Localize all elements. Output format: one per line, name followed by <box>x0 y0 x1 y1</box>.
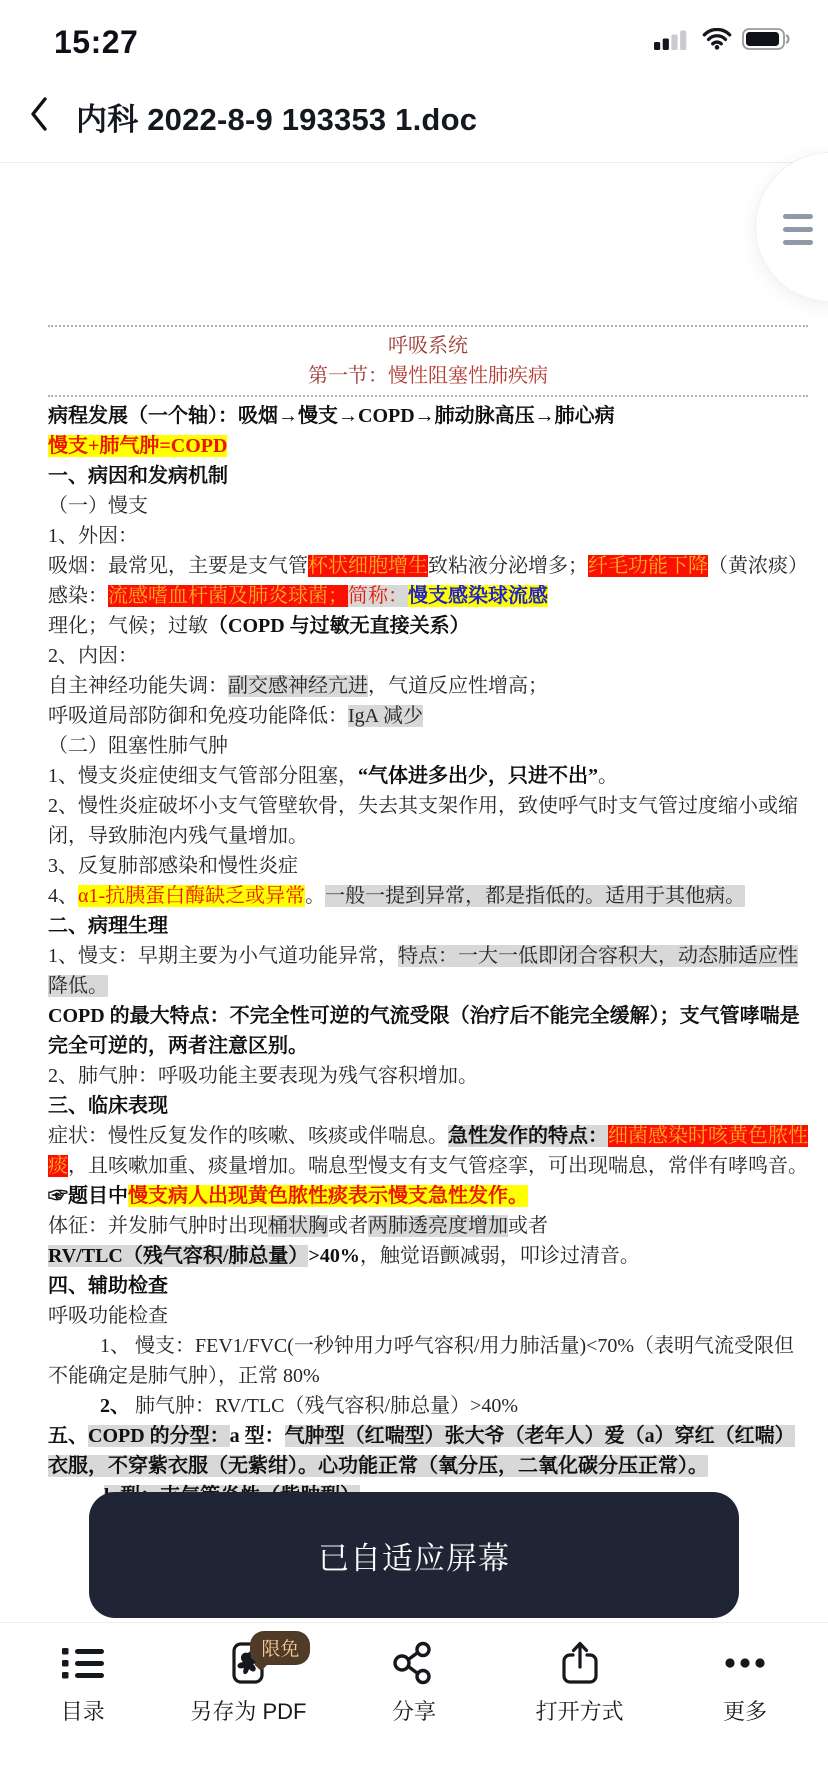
doc-paragraph: 五、COPD 的分型：a 型：气肿型（红喘型）张大爷（老年人）爱（a）穿红（红喘… <box>48 1421 808 1481</box>
doc-paragraph: 呼吸系统 <box>48 331 808 361</box>
doc-paragraph: 1、慢支：早期主要为小气道功能异常，特点：一大一低即闭合容积大，动态肺适应性降低… <box>48 941 808 1001</box>
doc-paragraph: 理化；气候；过敏（COPD 与过敏无直接关系） <box>48 611 808 641</box>
doc-paragraph: 1、外因： <box>48 521 808 551</box>
doc-paragraph: 二、病理生理 <box>48 911 808 941</box>
document-body[interactable]: 呼吸系统第一节：慢性阻塞性肺疾病病程发展（一个轴）：吸烟→慢支→COPD→肺动脉… <box>0 164 828 1622</box>
doc-paragraph: 4、α1-抗胰蛋白酶缺乏或异常。一般一提到异常，都是指低的。适用于其他病。 <box>48 881 808 911</box>
fit-screen-toast: 已自适应屏幕 <box>89 1492 739 1618</box>
nav-bar: 内科 2022-8-9 193353 1.doc <box>0 60 828 163</box>
doc-paragraph: （二）阻塞性肺气肿 <box>48 731 808 761</box>
toc-button[interactable]: 目录 <box>0 1623 166 1792</box>
doc-paragraph: 症状：慢性反复发作的咳嗽、咳痰或伴喘息。急性发作的特点：细菌感染时咳黄色脓性痰，… <box>48 1121 808 1181</box>
doc-paragraph: 2、 肺气肿：RV/TLC（残气容积/肺总量）>40% <box>48 1391 808 1421</box>
save-as-pdf-label: 另存为 PDF <box>190 1695 306 1726</box>
share-label: 分享 <box>392 1695 436 1726</box>
save-as-pdf-button[interactable]: 限免 另存为 PDF <box>166 1623 332 1792</box>
share-nodes-icon <box>390 1639 438 1687</box>
doc-paragraph: 四、辅助检查 <box>48 1271 808 1301</box>
status-time: 15:27 <box>54 24 138 61</box>
doc-paragraph: 慢支+肺气肿=COPD <box>48 431 808 461</box>
document-title: 内科 2022-8-9 193353 1.doc <box>76 94 477 139</box>
page-divider <box>48 395 808 397</box>
open-with-button[interactable]: 打开方式 <box>497 1623 663 1792</box>
doc-paragraph: 1、 慢支：FEV1/FVC(一秒钟用力呼气容积/用力肺活量)<70%（表明气流… <box>48 1331 808 1391</box>
chevron-left-icon <box>28 95 50 138</box>
toc-icon <box>59 1639 107 1687</box>
doc-paragraph: 呼吸道局部防御和免疫功能降低：IgA 减少 <box>48 701 808 731</box>
doc-paragraph: 吸烟：最常见，主要是支气管杯状细胞增生致粘液分泌增多；纤毛功能下降（黄浓痰） <box>48 551 808 581</box>
doc-paragraph: ☞题目中慢支病人出现黄色脓性痰表示慢支急性发作。 <box>48 1181 808 1211</box>
doc-paragraph: 3、反复肺部感染和慢性炎症 <box>48 851 808 881</box>
toast-text: 已自适应屏幕 <box>318 1533 510 1578</box>
status-bar: 15:27 <box>0 0 828 60</box>
doc-paragraph: 感染：流感嗜血杆菌及肺炎球菌；简称：慢支感染球流感 <box>48 581 808 611</box>
bottom-toolbar: 目录 限免 另存为 PDF 分享 <box>0 1622 828 1792</box>
limited-free-badge: 限免 <box>250 1631 310 1665</box>
wifi-icon <box>702 28 732 55</box>
cellular-signal-icon <box>654 28 692 55</box>
doc-paragraph: 1、慢支炎症使细支气管部分阻塞，“气体进多出少，只进不出”。 <box>48 761 808 791</box>
doc-paragraph: COPD 的最大特点：不完全性可逆的气流受限（治疗后不能完全缓解）；支气管哮喘是… <box>48 1001 808 1061</box>
status-icons <box>654 28 792 55</box>
doc-paragraph: 呼吸功能检查 <box>48 1301 808 1331</box>
battery-icon <box>742 28 792 55</box>
back-button[interactable] <box>28 94 68 138</box>
save-as-pdf-icon: 限免 <box>224 1639 272 1687</box>
doc-paragraph: 2、肺气肿：呼吸功能主要表现为残气容积增加。 <box>48 1061 808 1091</box>
doc-paragraph: 2、慢性炎症破坏小支气管壁软骨，失去其支架作用，致使呼气时支气管过度缩小或缩闭，… <box>48 791 808 851</box>
more-button[interactable]: 更多 <box>662 1623 828 1792</box>
page-divider <box>48 325 808 327</box>
more-dots-icon <box>721 1639 769 1687</box>
share-button[interactable]: 分享 <box>331 1623 497 1792</box>
doc-paragraph: 2、内因： <box>48 641 808 671</box>
doc-paragraph: （一）慢支 <box>48 491 808 521</box>
more-label: 更多 <box>723 1695 767 1726</box>
open-with-label: 打开方式 <box>536 1695 624 1726</box>
doc-paragraph: 体征：并发肺气肿时出现桶状胸或者两肺透亮度增加或者 RV/TLC（残气容积/肺总… <box>48 1211 808 1271</box>
doc-paragraph: 三、临床表现 <box>48 1091 808 1121</box>
toc-label: 目录 <box>61 1695 105 1726</box>
open-with-icon <box>556 1639 604 1687</box>
doc-paragraph: 一、病因和发病机制 <box>48 461 808 491</box>
doc-paragraph: 病程发展（一个轴）：吸烟→慢支→COPD→肺动脉高压→肺心病 <box>48 401 808 431</box>
doc-paragraph: 第一节：慢性阻塞性肺疾病 <box>48 361 808 391</box>
doc-paragraph: 自主神经功能失调：副交感神经亢进，气道反应性增高； <box>48 671 808 701</box>
